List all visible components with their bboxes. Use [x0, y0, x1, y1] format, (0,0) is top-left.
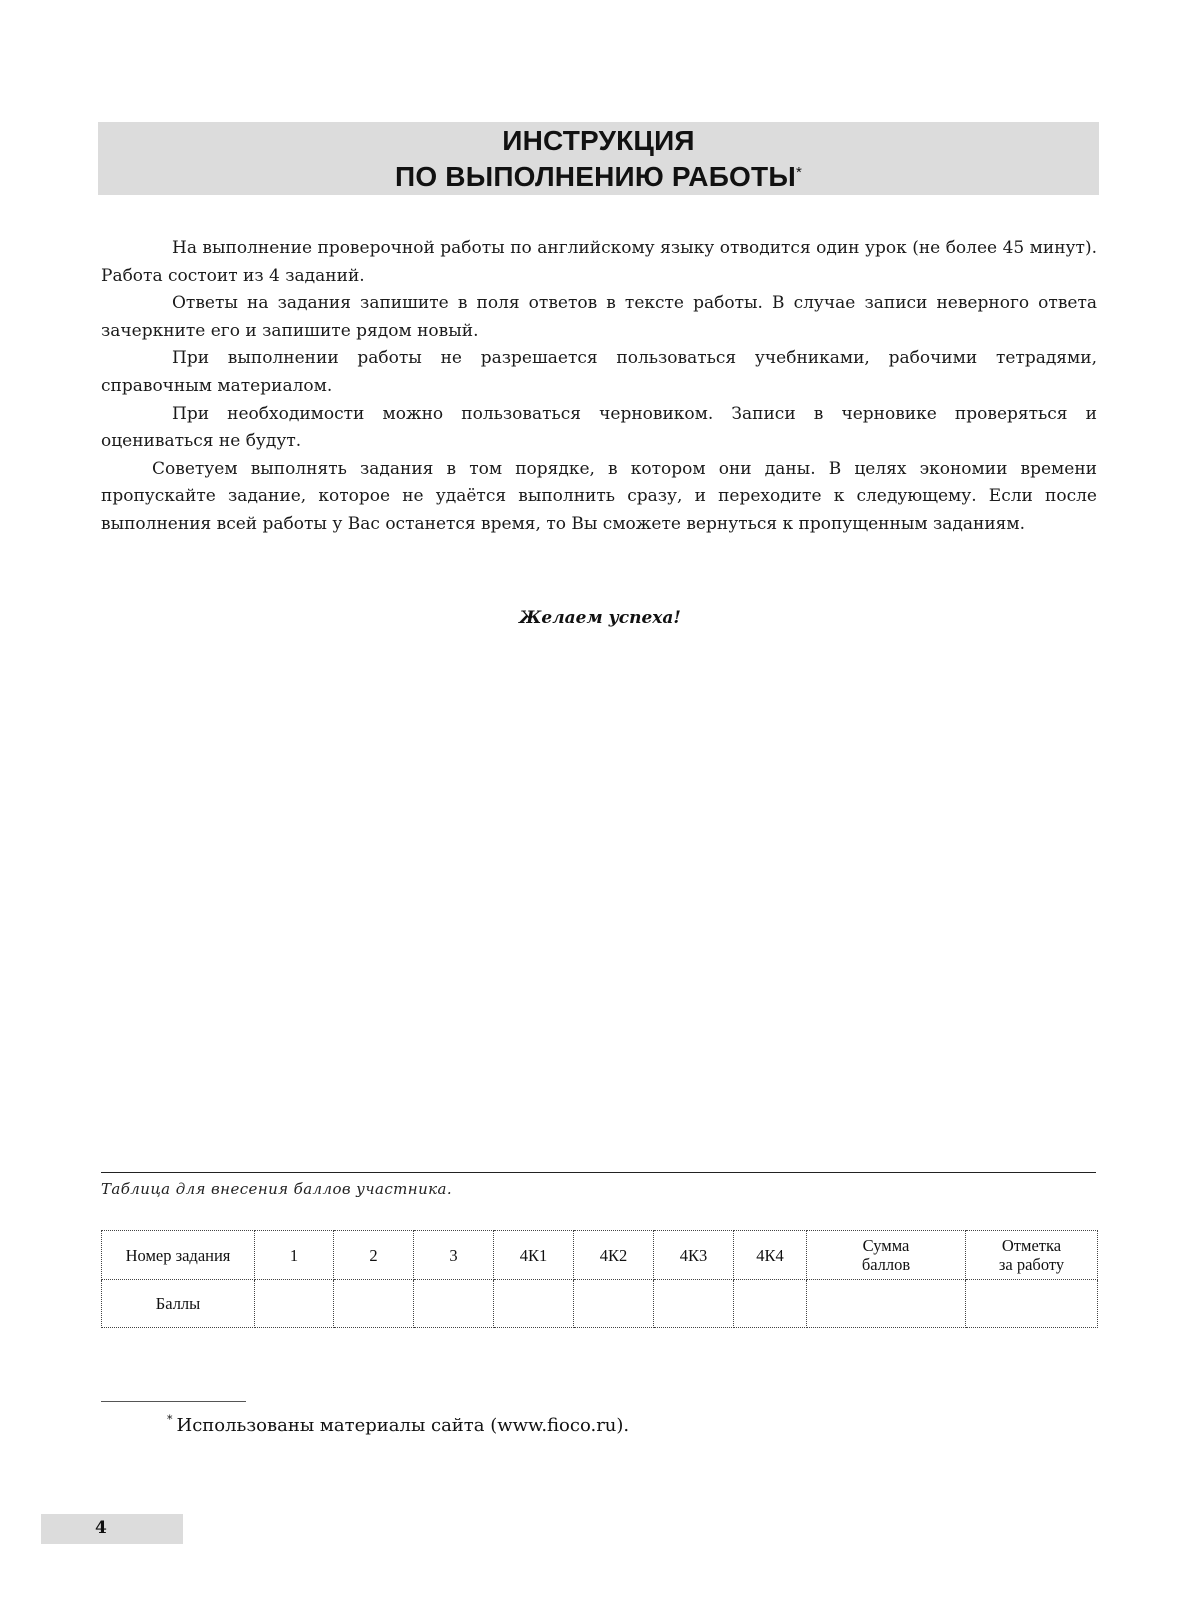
- closing-wish: Желаем успеха!: [0, 608, 1200, 628]
- instruction-paragraph: Ответы на задания запишите в поля ответо…: [101, 290, 1097, 345]
- task-number-label: Номер задания: [102, 1231, 255, 1280]
- title-line-2: ПО ВЫПОЛНЕНИЮ РАБОТЫ*: [98, 159, 1099, 195]
- mark-cell[interactable]: [966, 1280, 1098, 1328]
- score-table-score-row: Баллы: [102, 1280, 1098, 1328]
- score-cell[interactable]: [414, 1280, 494, 1328]
- footnote: *Использованы материалы сайта (www.fioco…: [167, 1415, 629, 1436]
- instruction-paragraph: При необходимости можно пользоваться чер…: [101, 401, 1097, 456]
- sum-cell[interactable]: [807, 1280, 966, 1328]
- mark-column-header: Отметказа работу: [966, 1231, 1098, 1280]
- mark-header-line2: за работу: [999, 1255, 1064, 1274]
- score-cell[interactable]: [494, 1280, 574, 1328]
- sum-header-line1: Сумма: [863, 1236, 910, 1255]
- section-divider: [101, 1172, 1096, 1173]
- instruction-paragraph: При выполнении работы не разрешается пол…: [101, 345, 1097, 400]
- sum-header-line2: баллов: [862, 1255, 910, 1274]
- task-column-header: 3: [414, 1231, 494, 1280]
- score-cell[interactable]: [734, 1280, 807, 1328]
- score-cell[interactable]: [255, 1280, 334, 1328]
- task-column-header: 4К2: [574, 1231, 654, 1280]
- score-row-label: Баллы: [102, 1280, 255, 1328]
- footnote-marker: *: [167, 1413, 173, 1426]
- page-number-box: 4: [41, 1514, 183, 1544]
- instruction-paragraph: На выполнение проверочной работы по англ…: [101, 235, 1097, 290]
- instruction-title-band: ИНСТРУКЦИЯ ПО ВЫПОЛНЕНИЮ РАБОТЫ*: [98, 122, 1099, 195]
- title-line-1: ИНСТРУКЦИЯ: [98, 122, 1099, 159]
- instruction-paragraph: Советуем выполнять задания в том порядке…: [101, 456, 1097, 539]
- score-cell[interactable]: [334, 1280, 414, 1328]
- task-column-header: 2: [334, 1231, 414, 1280]
- footnote-text: Использованы материалы сайта (www.fioco.…: [177, 1415, 630, 1436]
- instructions-body: На выполнение проверочной работы по англ…: [101, 235, 1097, 539]
- score-table-header-row: Номер задания 1 2 3 4К1 4К2 4К3 4К4 Сумм…: [102, 1231, 1098, 1280]
- title-footnote-marker: *: [796, 164, 802, 181]
- task-column-header: 4К4: [734, 1231, 807, 1280]
- task-column-header: 1: [255, 1231, 334, 1280]
- task-column-header: 4К1: [494, 1231, 574, 1280]
- title-line-2-text: ПО ВЫПОЛНЕНИЮ РАБОТЫ: [395, 161, 796, 192]
- score-cell[interactable]: [574, 1280, 654, 1328]
- page-number: 4: [95, 1518, 107, 1538]
- score-table: Номер задания 1 2 3 4К1 4К2 4К3 4К4 Сумм…: [101, 1230, 1098, 1328]
- score-table-caption: Таблица для внесения баллов участника.: [101, 1180, 452, 1198]
- score-cell[interactable]: [654, 1280, 734, 1328]
- footnote-divider: [101, 1401, 246, 1402]
- task-column-header: 4К3: [654, 1231, 734, 1280]
- mark-header-line1: Отметка: [1002, 1236, 1061, 1255]
- sum-column-header: Суммабаллов: [807, 1231, 966, 1280]
